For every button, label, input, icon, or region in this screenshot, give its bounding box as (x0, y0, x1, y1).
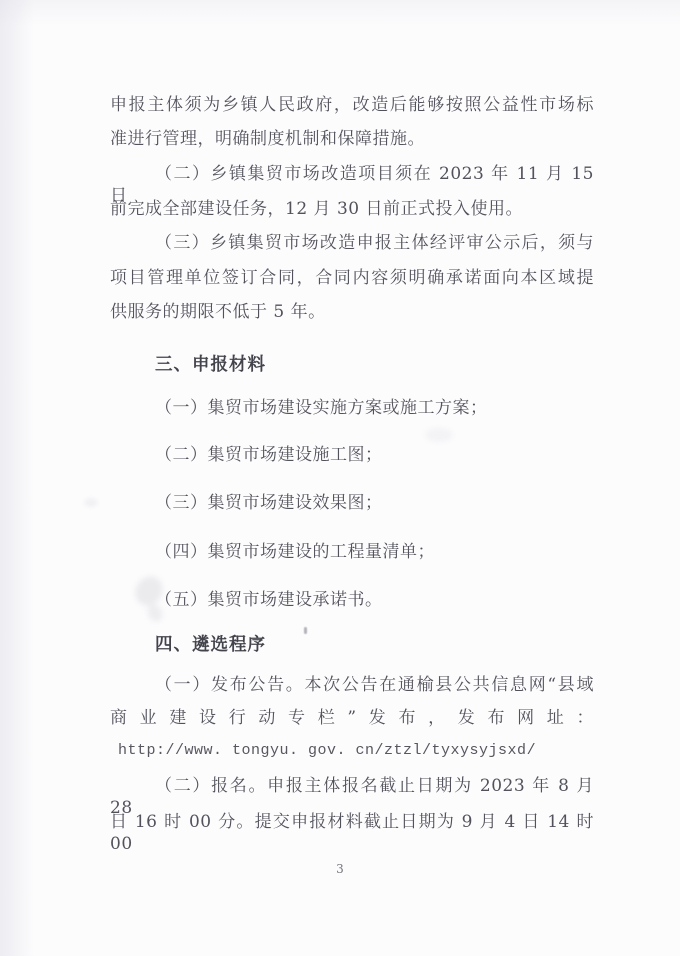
list-item: （三）集贸市场建设效果图； (110, 492, 594, 514)
list-item: （五）集贸市场建设承诺书。 (110, 589, 594, 611)
scan-speck (304, 627, 307, 634)
scan-edge-shadow-left (0, 0, 34, 956)
section-heading-application-materials: 三、申报材料 (110, 354, 594, 376)
body-line: 日 16 时 00 分。提交申报材料截止日期为 9 月 4 日 14 时 00 (110, 811, 594, 855)
body-line: （三）乡镇集贸市场改造申报主体经评审公示后，须与 (110, 232, 594, 254)
scan-edge-shadow-top (0, 0, 680, 26)
body-line: 项目管理单位签订合同，合同内容须明确承诺面向本区域提 (110, 267, 594, 289)
publish-url-text: http://www. tongyu. gov. cn/ztzl/tyxysyj… (110, 740, 602, 762)
page-number: 3 (0, 862, 680, 876)
scan-smudge (425, 428, 453, 442)
body-line: 前完成全部建设任务，12 月 30 日前正式投入使用。 (110, 198, 594, 220)
list-item: （二）集贸市场建设施工图； (110, 444, 594, 466)
body-line: （一）发布公告。本次公告在通榆县公共信息网“县域 (110, 674, 594, 696)
scanned-document-page: 申报主体须为乡镇人民政府，改造后能够按照公益性市场标 准进行管理，明确制度机制和… (0, 0, 680, 956)
section-heading-selection-procedure: 四、遴选程序 (110, 634, 594, 656)
body-line: 商业建设行动专栏”发布，发布网址： (110, 707, 594, 729)
list-item: （一）集贸市场建设实施方案或施工方案； (110, 397, 594, 419)
scan-smudge (84, 498, 98, 507)
body-line: 准进行管理，明确制度机制和保障措施。 (110, 128, 594, 150)
body-line: 申报主体须为乡镇人民政府，改造后能够按照公益性市场标 (110, 94, 594, 116)
body-line: 供服务的期限不低于 5 年。 (110, 301, 594, 323)
list-item: （四）集贸市场建设的工程量清单； (110, 541, 594, 563)
